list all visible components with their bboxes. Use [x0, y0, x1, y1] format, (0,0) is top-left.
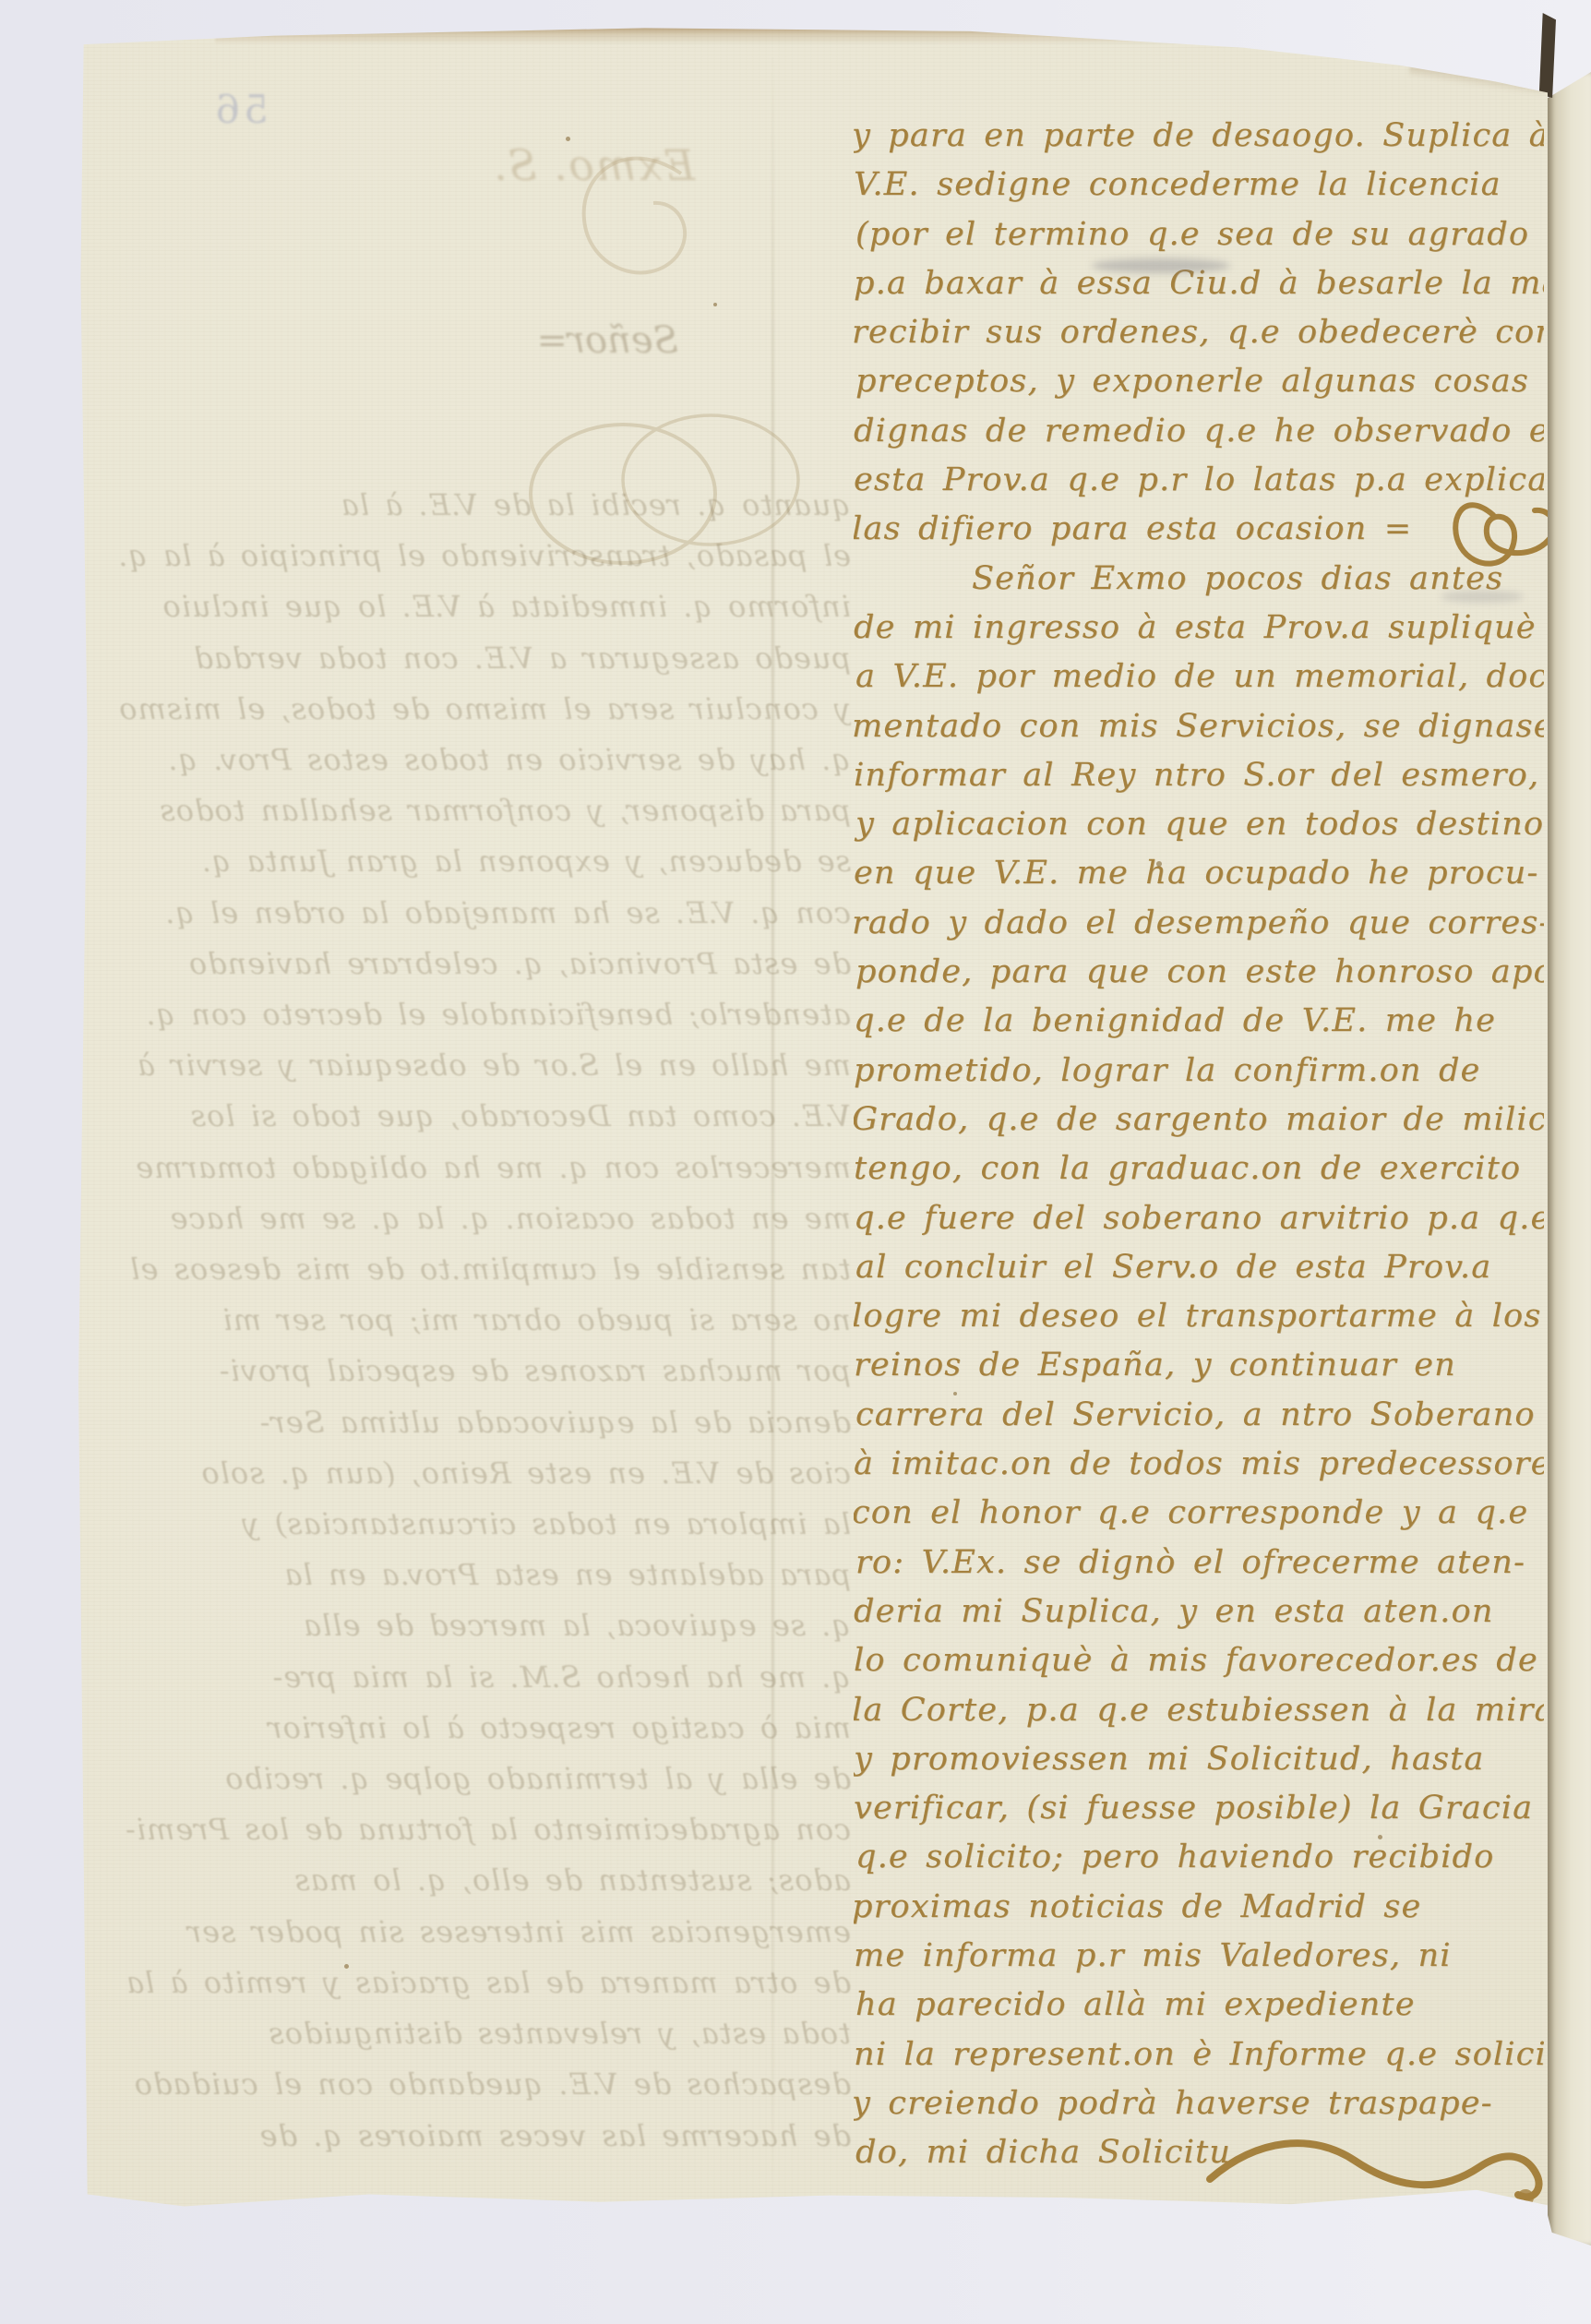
manuscript-line: recibir sus ordenes, q.e obedecerè como: [854, 308, 1542, 357]
bleedthrough-line: quanto q. recibi la de V.E. à la: [92, 480, 851, 531]
manuscript-line: esta Prov.a q.e p.r lo latas p.a explica…: [854, 456, 1544, 505]
top-edge-stain: [215, 26, 1433, 44]
ghost-salutation-text: Señor=: [494, 319, 678, 362]
manuscript-page: 56 Exmo. S. Señor= quanto q. recibi la d…: [67, 26, 1548, 2215]
manuscript-line: al concluir el Serv.o de esta Prov.a: [855, 1243, 1544, 1292]
manuscript-line: la Corte, p.a q.e estubiessen à la mira: [854, 1686, 1542, 1735]
manuscript-line: carrera del Servicio, a ntro Soberano: [855, 1391, 1544, 1440]
bleedthrough-line: y concluir sera el mismo de todos, el mi…: [92, 684, 851, 735]
bleedthrough-line: con agradecimiento la fortuna de los Pre…: [92, 1804, 851, 1855]
manuscript-line: deria mi Suplica, y en esta aten.on: [854, 1587, 1544, 1636]
bleedthrough-line: q. me ha hecho S.M. si la mia pre-: [92, 1652, 851, 1703]
bleedthrough-line: el pasado, transcriviendo el principio à…: [92, 531, 851, 581]
manuscript-line: prometido, lograr la confirm.on de: [854, 1047, 1544, 1096]
manuscript-line: q.e fuere del soberano arvitrio p.a q.e: [854, 1194, 1544, 1243]
bleedthrough-line: emergencias mis intereses sin poder ser: [92, 1907, 851, 1958]
bleedthrough-line: mia ò castigo respecto à lo inferior: [92, 1703, 851, 1754]
bleedthrough-line: merecerlos con q. me ha obligado tomarme: [92, 1143, 851, 1193]
pencil-smudge: [1441, 591, 1524, 603]
manuscript-line: de mi ingresso à esta Prov.a supliquè: [854, 604, 1544, 653]
bleedthrough-line: por muchas razones de especial provi-: [92, 1346, 851, 1396]
manuscript-line: ponde, para que con este honroso apo-: [855, 948, 1544, 997]
bleedthrough-line: de esta Provincia, q. celebrare haviendo: [92, 939, 851, 989]
verso-bleedthrough-block: quanto q. recibi la de V.E. à lael pasad…: [92, 480, 851, 2162]
bleedthrough-line: q. hay de servicio en todos estos Prov. …: [92, 735, 851, 785]
bleedthrough-line: atenderlo; beneficiandole el decreto con…: [92, 989, 851, 1040]
bleedthrough-line: informo q. inmediata à V.E. lo que inclu…: [92, 581, 851, 632]
manuscript-line: ha parecido allà mi expediente: [855, 1981, 1544, 2030]
manuscript-line: me informa p.r mis Valedores, ni: [854, 1932, 1544, 1981]
manuscript-line: rado y dado el desempeño que corres-: [854, 899, 1542, 948]
bleedthrough-line: tan sensible el cumplim.to de mis deseos…: [92, 1244, 851, 1295]
bleedthrough-line: me hallo en el S.or de obsequiar y servi…: [92, 1040, 851, 1091]
manuscript-line: do, mi dicha Solicitu: [855, 2128, 1544, 2177]
manuscript-line: q.e de la benignidad de V.E. me he: [854, 997, 1544, 1046]
next-page-edge: [1548, 72, 1591, 2246]
manuscript-line: a V.E. por medio de un memorial, docu-: [855, 653, 1544, 701]
manuscript-line: informar al Rey ntro S.or del esmero,: [854, 751, 1544, 800]
foxing-speck: [344, 1964, 349, 1969]
ghost-header-text: Exmo. S.: [344, 140, 695, 190]
bleedthrough-line: con q. V.E. se ha manejado la orden el q…: [92, 888, 851, 939]
bleedthrough-line: cios de V.E. en este Reino, (aun q. solo: [92, 1448, 851, 1499]
manuscript-line: y creiendo podrà haverse traspape-: [854, 2079, 1542, 2128]
manuscript-line: proximas noticias de Madrid se: [854, 1883, 1542, 1932]
manuscript-line: logre mi deseo el transportarme à los: [854, 1292, 1542, 1341]
foxing-speck: [713, 303, 717, 306]
manuscript-line: lo comuniquè à mis favorecedor.es de: [854, 1636, 1544, 1685]
bleedthrough-line: para adelante en esta Prov.a en la: [92, 1550, 851, 1600]
bleedthrough-line: de hacerme las veces maiores q. de: [92, 2111, 851, 2162]
ghost-loop-flourish: [570, 146, 700, 293]
bleedthrough-line: puedo assegurar a V.E. con toda verdad: [92, 633, 851, 684]
manuscript-line: à imitac.on de todos mis predecessores: [854, 1440, 1544, 1489]
manuscript-line: ro: V.Ex. se dignò el ofrecerme aten-: [855, 1539, 1544, 1587]
manuscript-line: verificar, (si fuesse posible) la Gracia: [854, 1784, 1544, 1833]
bleedthrough-line: q. se equivoca, la merced de ella: [92, 1600, 851, 1651]
bleedthrough-line: la implora en todas circunstancias) y: [92, 1499, 851, 1550]
bleedthrough-line: V.E. como tan Decorado, que todo si los: [92, 1091, 851, 1142]
manuscript-line: con el honor q.e corresponde y a q.e asp…: [854, 1489, 1542, 1538]
recto-text-block: y para en parte de desaogo. Suplica àV.E…: [854, 112, 1544, 2231]
manuscript-line: q.e solicito; pero haviendo recibido: [855, 1833, 1544, 1882]
manuscript-line: y para en parte de desaogo. Suplica à: [854, 112, 1542, 161]
foxing-speck: [1156, 861, 1162, 867]
manuscript-line: (por el termino q.e sea de su agrado: [855, 210, 1544, 259]
manuscript-line: reinos de España, y continuar en: [854, 1341, 1544, 1390]
manuscript-line: dignas de remedio q.e he observado en: [854, 407, 1544, 456]
manuscript-line: y promoviessen mi Solicitud, hasta: [854, 1735, 1544, 1784]
scanned-manuscript-view: 56 Exmo. S. Señor= quanto q. recibi la d…: [0, 0, 1591, 2324]
manuscript-line: las difiero para esta ocasion =: [854, 505, 1542, 554]
manuscript-line: ni la represent.on è Informe q.e solicit…: [854, 2031, 1544, 2079]
foxing-speck: [1378, 1835, 1382, 1839]
bleedthrough-line: me en todas ocasion. q. la q. se me hace: [92, 1193, 851, 1244]
corner-stain: [1408, 54, 1549, 97]
foxing-speck: [566, 137, 570, 141]
manuscript-line: V.E. sedigne concederme la licencia: [854, 161, 1544, 210]
bleedthrough-line: de ella y al terminado golpe q. recibo: [92, 1754, 851, 1804]
binding-shadow: [1532, 13, 1556, 98]
bleedthrough-line: se deducen, y exponen la gran Junta q.: [92, 836, 851, 887]
bleedthrough-line: no sera si puedo obrar mi; por ser mi: [92, 1295, 851, 1346]
pencil-smudge: [1092, 258, 1230, 273]
manuscript-line: mentado con mis Servicios, se dignase: [854, 702, 1542, 751]
bleedthrough-line: ados; sustentan de ello, q. lo mas: [92, 1855, 851, 1906]
manuscript-line: tengo, con la graduac.on de exercito: [854, 1144, 1544, 1193]
foxing-speck: [953, 1392, 957, 1396]
bleedthrough-line: para disponer, y conformar sehallan todo…: [92, 785, 851, 836]
manuscript-line: y aplicacion con que en todos destinos: [855, 800, 1544, 849]
bleedthrough-line: dencia de la equivocada ultima Ser-: [92, 1397, 851, 1448]
bleedthrough-line: toda esta, y relevantes distinguidos: [92, 2008, 851, 2059]
ghost-folio-number: 56: [185, 87, 269, 132]
bleedthrough-line: despachos de V.E. quedando con el cuidad…: [92, 2059, 851, 2110]
manuscript-line: Grado, q.e de sargento maior de milicias: [854, 1096, 1542, 1144]
manuscript-line: en que V.E. me ha ocupado he procu-: [854, 849, 1544, 898]
manuscript-line: preceptos, y exponerle algunas cosas: [855, 357, 1544, 406]
bleedthrough-line: de otra manera de las gracias y remito à…: [92, 1958, 851, 2008]
